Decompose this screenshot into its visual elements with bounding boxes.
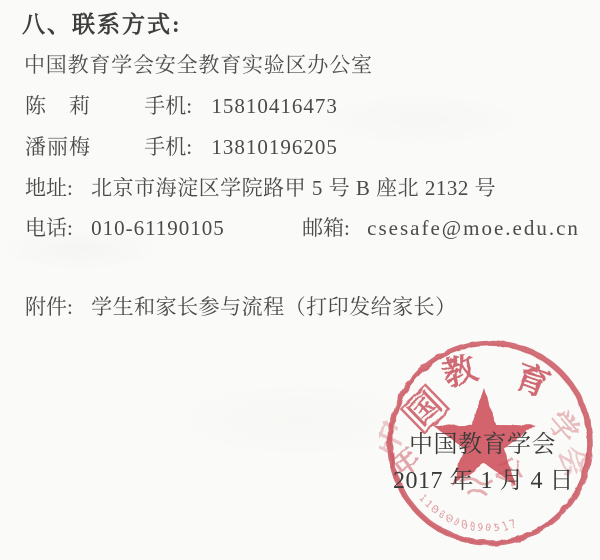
document-page: 八、联系方式: 中国教育学会安全教育实验区办公室 陈 莉 手机: 1581041…	[0, 0, 600, 560]
phone-value: 010-61190105	[91, 216, 225, 240]
attachment-value: 学生和家长参与流程（打印发给家长）	[91, 295, 457, 319]
address-label: 地址:	[25, 176, 73, 200]
contact-row: 潘丽梅 手机: 13810196205	[25, 131, 338, 161]
contact-phone: 13810196205	[211, 135, 338, 160]
contact-name: 陈 莉	[25, 90, 103, 120]
seal-code: 1100000090517	[416, 493, 519, 534]
attachment-row: 附件: 学生和家长参与流程（打印发给家长）	[25, 291, 457, 321]
phone-email-row: 电话: 010-61190105 邮箱: csesafe@moe.edu.cn	[25, 212, 580, 242]
signature-date: 2017 年 1 月 4 日	[393, 460, 574, 495]
address-value: 北京市海淀区学院路甲 5 号 B 座北 2132 号	[91, 176, 496, 200]
contact-row: 陈 莉 手机: 15810416473	[25, 90, 338, 120]
signature-org: 中国教育学会	[409, 424, 556, 459]
phone-label: 电话:	[25, 216, 73, 240]
email-value: csesafe@moe.edu.cn	[367, 216, 580, 240]
email-label: 邮箱:	[302, 216, 350, 240]
contact-phone: 15810416473	[211, 94, 338, 119]
contact-field-label: 手机:	[144, 90, 192, 120]
office-name: 中国教育学会安全教育实验区办公室	[24, 49, 373, 79]
attachment-label: 附件:	[25, 295, 73, 319]
section-heading: 八、联系方式:	[22, 6, 182, 39]
contact-field-label: 手机:	[144, 131, 192, 161]
address-row: 地址: 北京市海淀区学院路甲 5 号 B 座北 2132 号	[25, 172, 496, 202]
contact-name: 潘丽梅	[25, 131, 103, 161]
